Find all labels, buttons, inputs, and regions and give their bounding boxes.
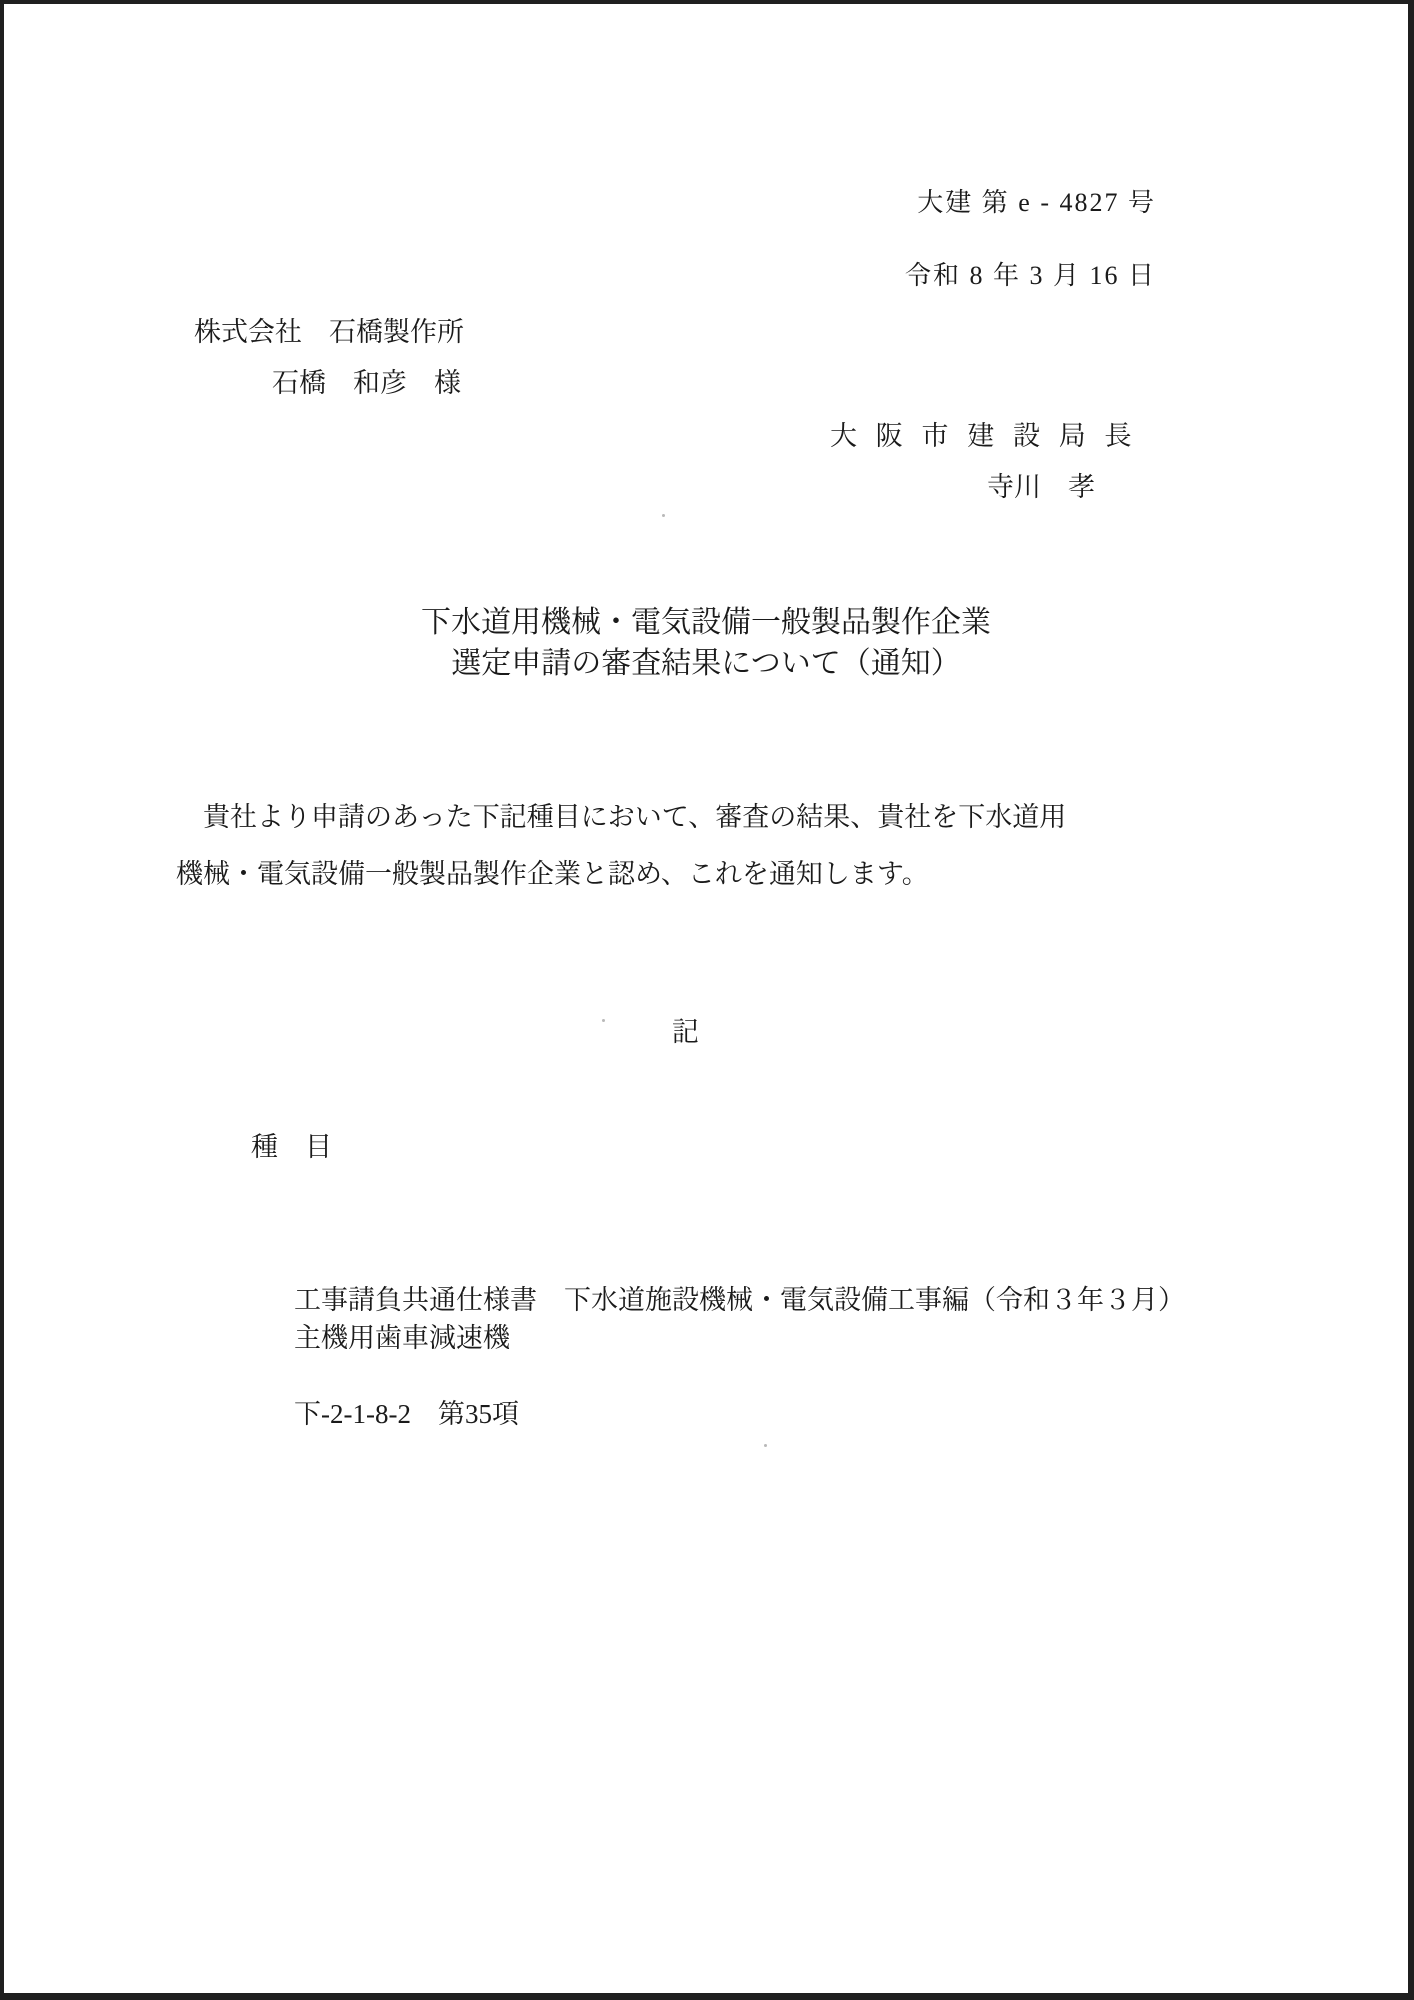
recipient-person: 石橋 和彦 様 [272,367,461,399]
spec-line-1: 工事請負共通仕様書 下水道施設機械・電気設備工事編（令和３年３月） [294,1281,1185,1319]
subject-heading: 下水道用機械・電気設備一般製品製作企業 選定申請の審査結果について（通知） [4,602,1408,684]
sender-title: 大 阪 市 建 設 局 長 [830,420,1138,452]
subject-line-1: 下水道用機械・電気設備一般製品製作企業 [4,602,1408,643]
scan-speck [662,514,665,517]
record-marker: 記 [672,1016,699,1048]
spec-line-2: 下-2-1-8-2 第35項 [294,1395,1185,1433]
scan-speck [764,1444,767,1447]
category-label: 種 目 [251,1131,332,1163]
body-line-1: 貴社より申請のあった下記種目において、審査の結果、貴社を下水道用 [176,789,1186,846]
recipient-company: 株式会社 石橋製作所 [194,316,464,348]
scanned-letter-page: 大建 第 e - 4827 号 令和 8 年 3 月 16 日 株式会社 石橋製… [0,0,1414,2000]
body-paragraph: 貴社より申請のあった下記種目において、審査の結果、貴社を下水道用 機械・電気設備… [176,789,1186,903]
body-line-2: 機械・電気設備一般製品製作企業と認め、これを通知します。 [176,846,1186,903]
subject-line-2: 選定申請の審査結果について（通知） [4,643,1408,684]
category-item: 主機用歯車減速機 [294,1322,510,1354]
specification-reference: 工事請負共通仕様書 下水道施設機械・電気設備工事編（令和３年３月） 下-2-1-… [294,1205,1185,1509]
document-date: 令和 8 年 3 月 16 日 [905,260,1156,291]
scan-speck [602,1019,605,1022]
sender-name: 寺川 孝 [987,471,1095,503]
document-number: 大建 第 e - 4827 号 [917,187,1156,218]
